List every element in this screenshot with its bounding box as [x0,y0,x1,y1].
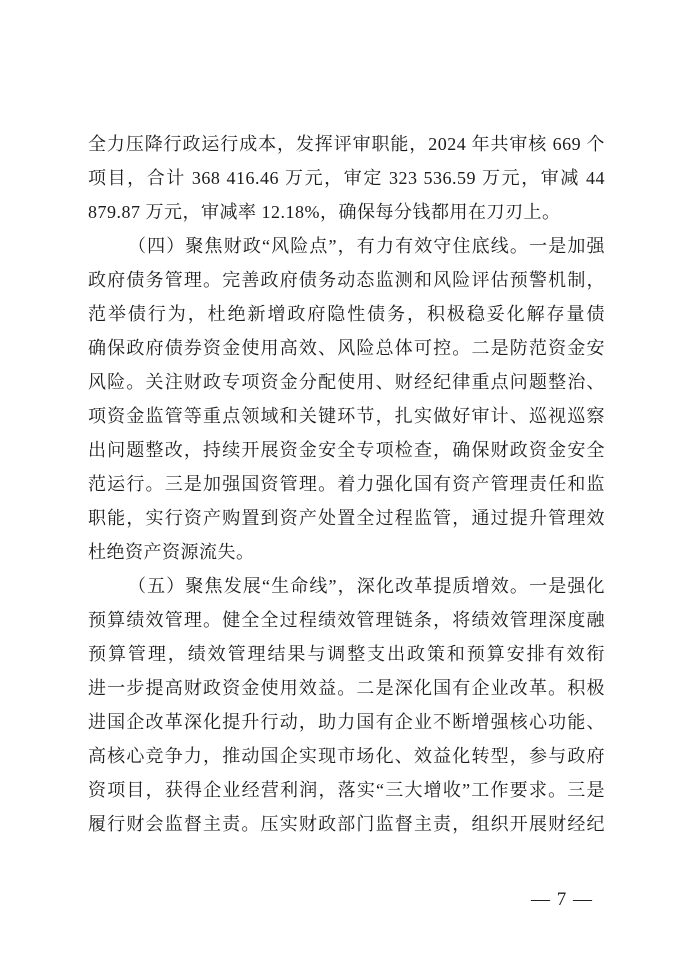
document-body: 全力压降行政运行成本，发挥评审职能，2024 年共审核 669 个项目，合计 3… [88,127,605,841]
text-line: （四）聚焦财政“风险点”，有力有效守住底线。一是加强 [88,229,605,263]
text-line: 879.87 万元，审减率 12.18%，确保每分钱都用在刀刃上。 [88,195,605,229]
text-line: 全力压降行政运行成本，发挥评审职能，2024 年共审核 669 个 [88,127,605,161]
text-line: 范举债行为，杜绝新增政府隐性债务，积极稳妥化解存量债务， [88,297,605,331]
text-line: 预算绩效管理。健全全过程绩效管理链条，将绩效管理深度融入 [88,603,605,637]
text-line: 范运行。三是加强国资管理。着力强化国有资产管理责任和监管 [88,467,605,501]
page-number: — 7 — [531,889,593,911]
text-line: 资项目，获得企业经营利润，落实“三大增收”工作要求。三是 [88,773,605,807]
text-line: 政府债务管理。完善政府债务动态监测和风险评估预警机制，规 [88,263,605,297]
text-line: 项目，合计 368 416.46 万元，审定 323 536.59 万元，审减 … [88,161,605,195]
text-line: 高核心竞争力，推动国企实现市场化、效益化转型，参与政府投 [88,739,605,773]
text-line: 出问题整改，持续开展资金安全专项检查，确保财政资金安全规 [88,433,605,467]
text-line: 杜绝资产资源流失。 [88,535,605,569]
document-page: 全力压降行政运行成本，发挥评审职能，2024 年共审核 669 个项目，合计 3… [0,0,680,961]
text-line: 确保政府债券资金使用高效、风险总体可控。二是防范资金安全 [88,331,605,365]
text-line: 预算管理，绩效管理结果与调整支出政策和预算安排有效衔接， [88,637,605,671]
text-line: 进国企改革深化提升行动，助力国有企业不断增强核心功能、提 [88,705,605,739]
text-line: 风险。关注财政专项资金分配使用、财经纪律重点问题整治、专 [88,365,605,399]
text-line: 进一步提高财政资金使用效益。二是深化国有企业改革。积极推 [88,671,605,705]
text-line: 职能，实行资产购置到资产处置全过程监管，通过提升管理效能 [88,501,605,535]
text-line: （五）聚焦发展“生命线”，深化改革提质增效。一是强化 [88,569,605,603]
text-line: 项资金监管等重点领域和关键环节，扎实做好审计、巡视巡察查 [88,399,605,433]
text-line: 履行财会监督主责。压实财政部门监督主责，组织开展财经纪律 [88,807,605,841]
